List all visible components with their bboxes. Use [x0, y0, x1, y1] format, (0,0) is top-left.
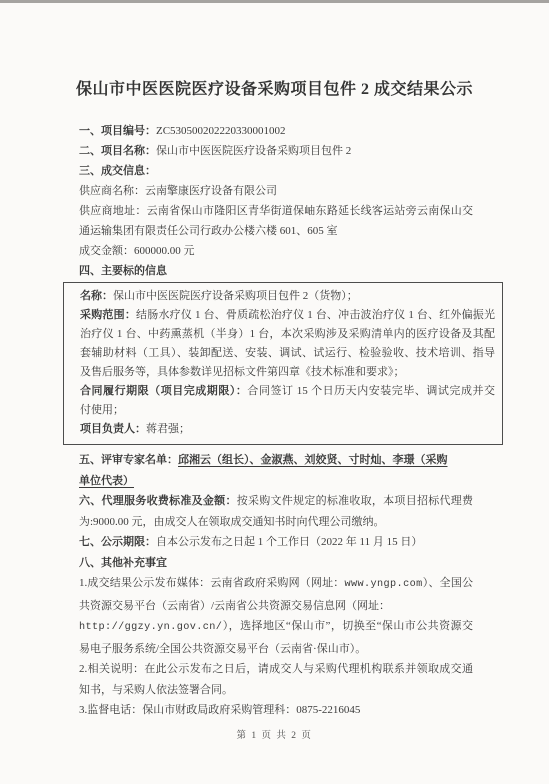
experts-names-2: 单位代表） [79, 475, 134, 487]
line-item2-2: 知书，与采购人依法签署合同。 [79, 680, 473, 701]
agency-fee-label: 六、代理服务收费标准及金额： [79, 495, 237, 507]
box-line-scope-1: 采购范围：结肠水疗仪 1 台、骨质疏松治疗仪 1 台、冲击波治疗仪 1 台、红外… [80, 306, 495, 325]
item1-text-post: ）、全国公 [423, 577, 473, 589]
box-line-scope-3: 套辅助材料（工具）、装卸配送、安装、调试、试运行、检验验收、技术培训、指导 [80, 344, 495, 363]
line-item1-4: 易电子服务系统/全国公共资源交易平台（云南省·保山市）。 [79, 639, 473, 660]
experts-names-1: 邱湘云（组长）、金淑燕、刘姣贤、寸时灿、李璟（采购 [178, 454, 448, 466]
experts-label: 五、评审专家名单： [79, 454, 178, 466]
document-body: 一、项目编号：ZC530500202220330001002 二、项目名称：保山… [79, 121, 473, 721]
line-item1-3: http://ggzy.yn.gov.cn/），选择地区“保山市”，切换至“保山… [79, 616, 473, 639]
heading-other-matters: 八、其他补充事宜 [79, 553, 473, 574]
line-item3-supervision-phone: 3.监督电话：保山市财政局政府采购管理科：0875-2216045 [79, 700, 473, 721]
line-project-number: 一、项目编号：ZC530500202220330001002 [79, 121, 473, 141]
project-name-label: 二、项目名称： [79, 145, 156, 157]
item1-text-pre: 1.成交结果公示发布媒体：云南省政府采购网（网址： [79, 577, 344, 589]
line-deal-amount: 成交金额：600000.00 元 [79, 241, 473, 261]
box-name-label: 名称： [80, 290, 113, 302]
box-name-text: 保山市中医医院医疗设备采购项目包件 2（货物）； [113, 290, 358, 302]
line-supplier-name: 供应商名称：云南擎康医疗设备有限公司 [79, 181, 473, 201]
line-experts-2: 单位代表） [79, 471, 473, 492]
line-item1-1: 1.成交结果公示发布媒体：云南省政府采购网（网址：www.yngp.com）、全… [79, 573, 473, 596]
box-line-contract-1: 合同履行期限（项目完成期限）：合同签订 15 个日历天内安装完毕、调试完成并交 [80, 382, 495, 401]
page-number-footer: 第 1 页 共 2 页 [0, 727, 549, 741]
line-supplier-address-2: 通运输集团有限责任公司行政办公楼六楼 601、605 室 [79, 221, 473, 241]
line-agency-fee-1: 六、代理服务收费标准及金额：按采购文件规定的标准收取，本项目招标代理费 [79, 491, 473, 512]
line-supplier-address-1: 供应商地址：云南省保山市隆阳区青华街道保岫东路延长线客运站旁云南保山交 [79, 201, 473, 221]
project-number-label: 一、项目编号： [79, 125, 156, 137]
publicity-period-text: 自本公示发布之日起 1 个工作日（2022 年 11 月 15 日） [156, 536, 422, 548]
agency-fee-text-1: 按采购文件规定的标准收取，本项目招标代理费 [237, 495, 473, 507]
document-title: 保山市中医医院医疗设备采购项目包件 2 成交结果公示 [0, 76, 549, 99]
heading-deal-info: 三、成交信息： [79, 161, 473, 181]
box-manager-value: 蒋君强； [146, 423, 190, 435]
project-number-value: ZC530500202220330001002 [156, 125, 286, 137]
box-line-name: 名称：保山市中医医院医疗设备采购项目包件 2（货物）； [80, 287, 495, 306]
document-page: 保山市中医医院医疗设备采购项目包件 2 成交结果公示 一、项目编号：ZC5305… [0, 0, 549, 784]
item1-url-yngp: www.yngp.com [344, 579, 422, 590]
subject-info-box: 名称：保山市中医医院医疗设备采购项目包件 2（货物）； 采购范围：结肠水疗仪 1… [63, 282, 503, 445]
box-line-scope-4: 及售后服务等，具体参数详见招标文件第四章《技术标准和要求》； [80, 363, 495, 382]
box-line-contract-2: 付使用； [80, 401, 495, 420]
document-body-lower: 五、评审专家名单：邱湘云（组长）、金淑燕、刘姣贤、寸时灿、李璟（采购 单位代表）… [79, 450, 473, 721]
box-contract-text-1: 合同签订 15 个日历天内安装完毕、调试完成并交 [247, 385, 495, 397]
line-publicity-period: 七、公示期限：自本公示发布之日起 1 个工作日（2022 年 11 月 15 日… [79, 532, 473, 553]
box-line-scope-2: 治疗仪 1 台、中药熏蒸机（半身）1 台，本次采购涉及采购清单内的医疗设备及其配 [80, 325, 495, 344]
item1-url-ggzy: http://ggzy.yn.gov.cn/ [79, 622, 222, 633]
box-scope-label: 采购范围： [80, 309, 136, 321]
box-manager-label: 项目负责人： [80, 423, 146, 435]
line-project-name: 二、项目名称：保山市中医医院医疗设备采购项目包件 2 [79, 141, 473, 161]
box-scope-text-1: 结肠水疗仪 1 台、骨质疏松治疗仪 1 台、冲击波治疗仪 1 台、红外偏振光 [136, 309, 495, 321]
line-item1-2: 共资源交易平台（云南省）/云南省公共资源交易信息网（网址： [79, 596, 473, 617]
box-line-manager: 项目负责人：蒋君强； [80, 420, 495, 439]
item1-text-3: ），选择地区“保山市”，切换至“保山市公共资源交 [222, 620, 473, 632]
project-name-value: 保山市中医医院医疗设备采购项目包件 2 [156, 145, 351, 157]
line-agency-fee-2: 为:9000.00 元，由成交人在领取成交通知书时向代理公司缴纳。 [79, 512, 473, 533]
heading-subject-info: 四、主要标的信息 [79, 261, 473, 281]
line-item2-1: 2.相关说明：在此公示发布之日后，请成交人与采购代理机构联系并领取成交通 [79, 659, 473, 680]
scan-edge-artifact [0, 0, 549, 3]
publicity-period-label: 七、公示期限： [79, 536, 156, 548]
line-experts-1: 五、评审专家名单：邱湘云（组长）、金淑燕、刘姣贤、寸时灿、李璟（采购 [79, 450, 473, 471]
box-contract-label: 合同履行期限（项目完成期限）： [80, 385, 247, 397]
